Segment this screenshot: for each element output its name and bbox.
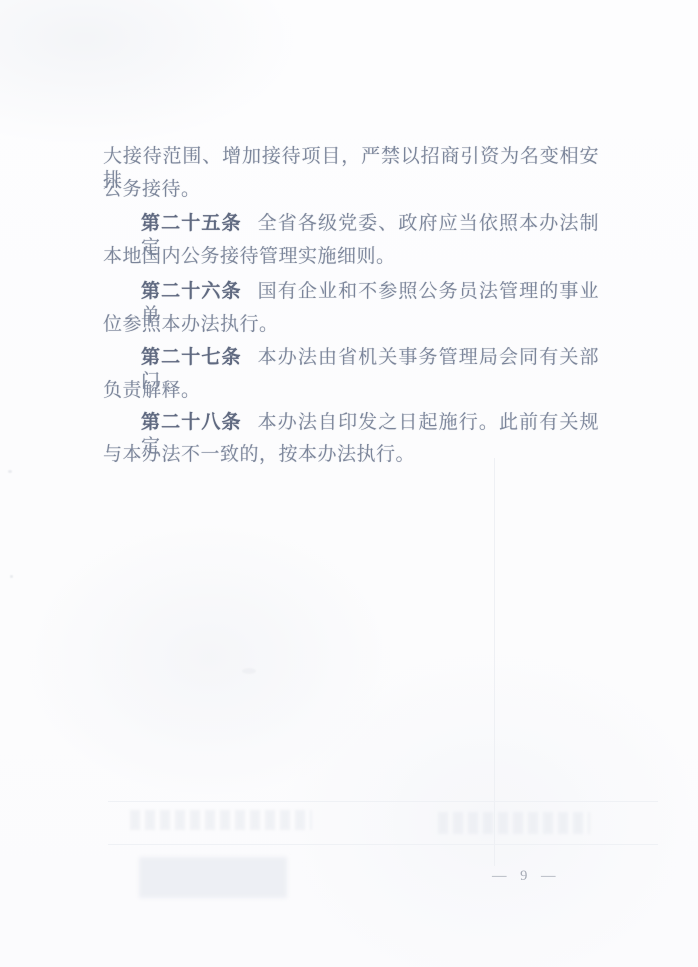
scan-speckle — [10, 575, 13, 578]
article-number: 第二十五条 — [141, 213, 242, 234]
bleedthrough-rule-bottom — [108, 844, 658, 845]
article-number: 第二十八条 — [141, 412, 242, 433]
article-number: 第二十七条 — [141, 347, 242, 368]
document-line: 第二十五条全省各级党委、政府应当依照本办法制定 — [141, 212, 599, 236]
scanned-document-page: 大接待范围、增加接待项目，严禁以招商引资为名变相安排 公务接待。 第二十五条全省… — [0, 0, 698, 967]
scan-speckle — [242, 668, 256, 674]
bleedthrough-text-right — [438, 812, 590, 834]
scan-speckle — [8, 470, 12, 473]
document-line: 第二十七条本办法由省机关事务管理局会同有关部门 — [141, 346, 599, 370]
document-line: 公务接待。 — [103, 178, 201, 202]
document-line: 与本办法不一致的，按本办法执行。 — [103, 443, 415, 467]
document-line: 负责解释。 — [103, 379, 201, 403]
article-number: 第二十六条 — [141, 281, 242, 302]
bleedthrough-rule-top — [108, 801, 658, 802]
page-number: — 9 — — [492, 868, 558, 885]
document-line: 第二十六条国有企业和不参照公务员法管理的事业单 — [141, 280, 599, 304]
bleedthrough-vertical-rule — [494, 458, 495, 866]
document-line: 大接待范围、增加接待项目，严禁以招商引资为名变相安排 — [103, 145, 599, 169]
bleedthrough-stamp-block — [139, 857, 287, 898]
document-line: 本地国内公务接待管理实施细则。 — [103, 245, 396, 269]
bleedthrough-text-left — [130, 810, 312, 830]
document-line: 第二十八条本办法自印发之日起施行。此前有关规定 — [141, 411, 599, 435]
document-line: 位参照本办法执行。 — [103, 313, 279, 337]
